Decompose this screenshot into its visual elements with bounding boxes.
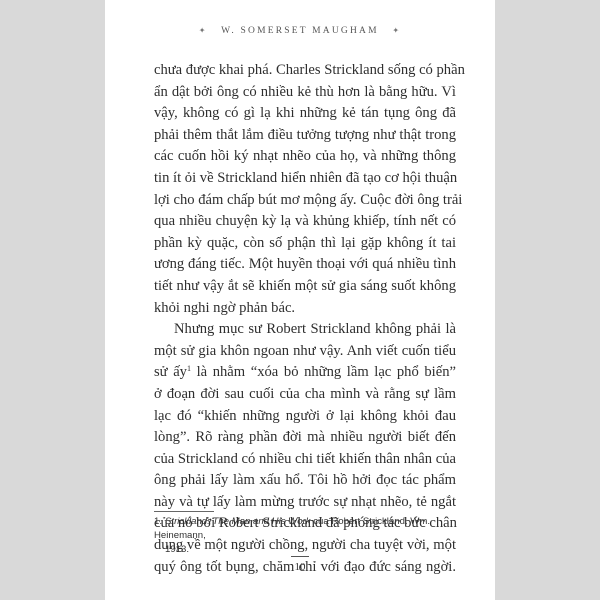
text-line: lạc đó “khiến những người ở lại không kh… bbox=[154, 406, 456, 428]
text-line: ương đáng tiếc. Một huyền thoại với quá … bbox=[154, 254, 456, 276]
page-number: 10 bbox=[105, 561, 495, 573]
text-line: chưa được khai phá. Charles Strickland s… bbox=[154, 60, 456, 82]
text-line: ông phải lấy làm xấu hổ. Tôi hồ hởi đọc … bbox=[154, 470, 456, 492]
text-line: ẩn dật bởi ông có nhiều kẻ thù hơn là bằ… bbox=[154, 82, 456, 104]
text-line-paragraph-start: Nhưng mục sư Robert Strickland không phả… bbox=[154, 319, 456, 341]
footnote-number: 1. bbox=[154, 515, 165, 529]
text-line: lòng”. Rõ ràng phần đời mà nhiều người b… bbox=[154, 427, 456, 449]
running-head: ✦ W. SOMERSET MAUGHAM ✦ bbox=[105, 26, 495, 36]
text-line: qua nhiều chuyện kỳ lạ và khủng khiếp, t… bbox=[154, 211, 456, 233]
text-line-with-footnote: sử ấy1 là nhằm “xóa bỏ những lầm lạc phổ… bbox=[154, 362, 456, 384]
ornament-left-icon: ✦ bbox=[199, 26, 208, 35]
text-line: tin ít ỏi về Strickland hiển nhiên đã tạ… bbox=[154, 168, 456, 190]
ornament-right-icon: ✦ bbox=[392, 26, 401, 35]
text-line: lợi cho đám chấp bút mơ mộng ấy. Cuộc đờ… bbox=[154, 190, 456, 212]
text-line: phần kỳ quặc, còn số phận thì lại gặp kh… bbox=[154, 233, 456, 255]
text-line: phải thêm thắt lắm điều tưởng tượng như … bbox=[154, 125, 456, 147]
text-fragment: sử ấy bbox=[154, 364, 187, 380]
text-fragment: là nhằm “xóa bỏ những lầm lạc phổ biến” bbox=[197, 364, 456, 380]
text-line: của Strickland có nhiều chi tiết khiến t… bbox=[154, 449, 456, 471]
text-line: các cuốn hồi ký nhạt nhẽo của họ, và nhữ… bbox=[154, 146, 456, 168]
text-line: vậy, không có gì lạ khi những kẻ tán tụn… bbox=[154, 103, 456, 125]
folio-divider bbox=[291, 556, 309, 557]
body-text: chưa được khai phá. Charles Strickland s… bbox=[154, 60, 456, 578]
footnote-divider bbox=[154, 511, 214, 512]
text-line: tiết như vậy ắt sẽ khiến một sử gia sáng… bbox=[154, 276, 456, 298]
text-line: một sử gia khôn ngoan như vậy. Anh viết … bbox=[154, 341, 456, 363]
author-name: W. SOMERSET MAUGHAM bbox=[221, 26, 379, 36]
book-page: ✦ W. SOMERSET MAUGHAM ✦ chưa được khai p… bbox=[105, 0, 495, 600]
footnote-marker[interactable]: 1 bbox=[187, 364, 191, 373]
footnote-year: 1913. bbox=[154, 543, 454, 557]
footnote: 1.Strickland: The Man and His Work của R… bbox=[154, 515, 454, 557]
footnote-line: 1.Strickland: The Man and His Work của R… bbox=[154, 515, 454, 543]
text-line: khỏi nghi ngờ phản bác. bbox=[154, 298, 456, 320]
text-line: ở đoạn đời sau cuối của cha mình và rằng… bbox=[154, 384, 456, 406]
footnote-book-title: Strickland: The Man and His Work bbox=[165, 516, 311, 527]
